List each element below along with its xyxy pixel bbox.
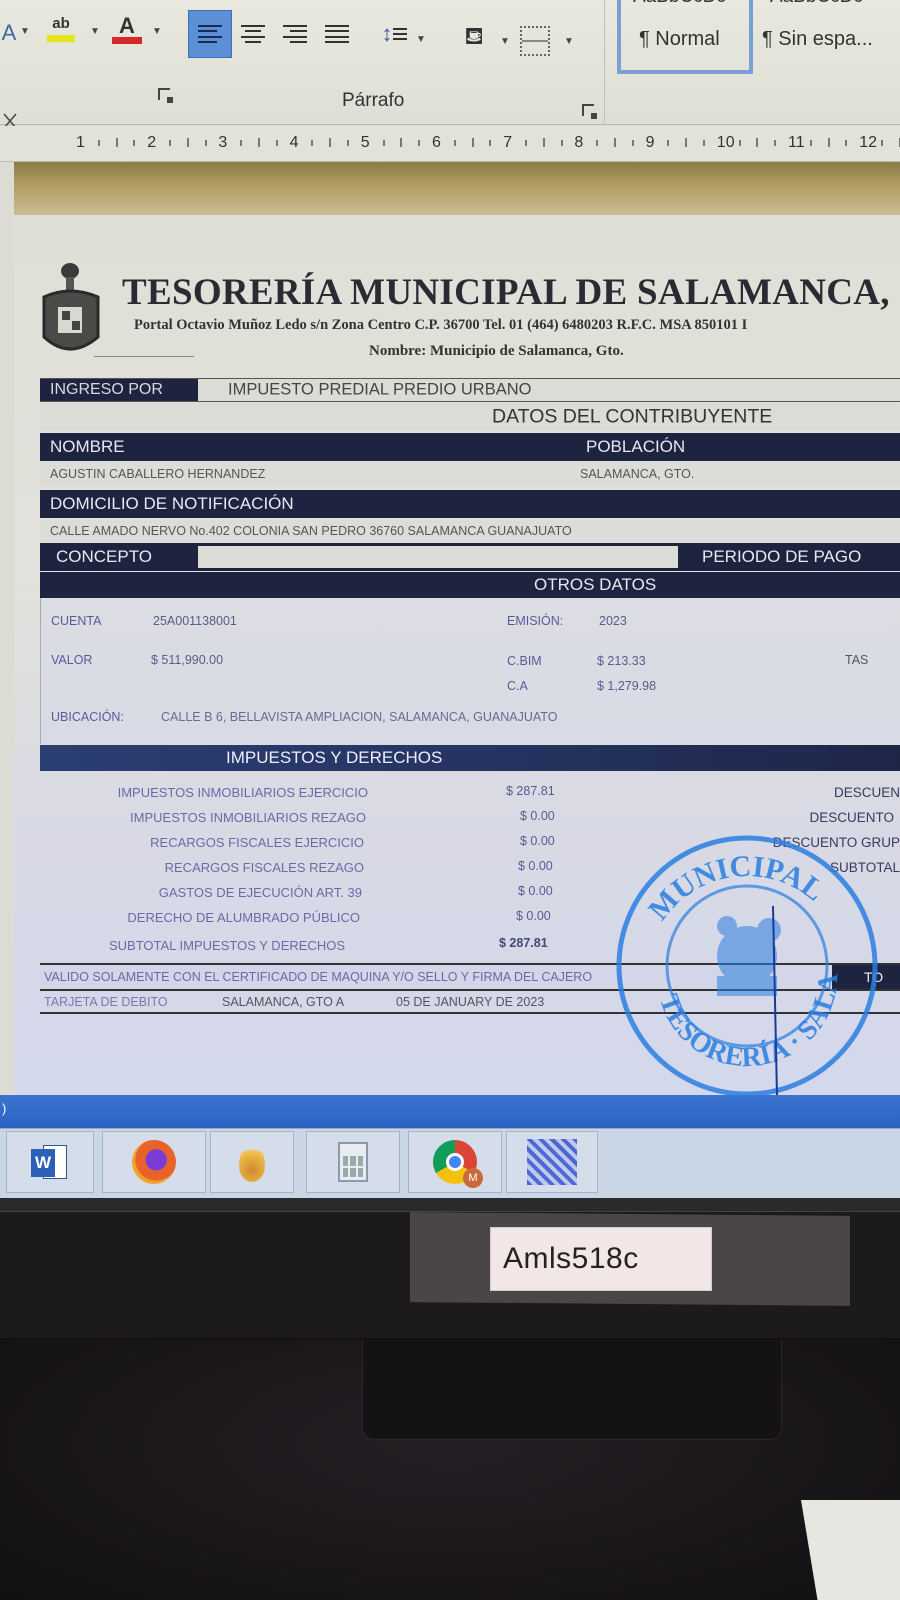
ruler-number: 2 [147, 134, 156, 152]
concepto-label: CONCEPTO [56, 547, 152, 567]
align-left-icon [198, 25, 222, 43]
footer-row: TARJETA DE DEBITO SALAMANCA, GTO A 05 DE… [40, 992, 900, 1014]
periodo-pago-label: PERIODO DE PAGO [702, 547, 861, 567]
ruler-tick [596, 140, 598, 146]
word-icon: W [31, 1143, 69, 1181]
ca-label: C.A [507, 679, 528, 693]
total-label: TO [864, 969, 883, 985]
font-color-button[interactable]: A [110, 10, 144, 48]
style-sample: AaBbCcDc [760, 0, 900, 8]
highlight-color-swatch [47, 35, 75, 42]
ruler-tick [133, 140, 135, 146]
style-label: ¶ Sin espa... [760, 28, 900, 51]
datos-contribuyente-row: DATOS DEL CONTRIBUYENTE [40, 403, 900, 431]
document-page: TESORERÍA MUNICIPAL DE SALAMANCA, GT Por… [14, 215, 900, 1095]
align-right-icon [283, 25, 307, 43]
tax-row-value: $ 0.00 [518, 884, 553, 898]
ruler-tick [667, 140, 669, 146]
taskbar-app[interactable] [210, 1131, 294, 1193]
monitor-screen: A ▼ ab ▼ A ▼ ↕ ▼ ⛾ [0, 0, 900, 1205]
chevron-down-icon[interactable]: ▼ [564, 36, 574, 47]
cbim-value: $ 213.33 [597, 654, 646, 668]
header-rule [94, 356, 194, 357]
asset-label-text: Amls518c [503, 1242, 639, 1276]
nombre-value-row: AGUSTIN CABALLERO HERNANDEZ SALAMANCA, G… [40, 462, 900, 486]
ruler-tick [400, 138, 402, 147]
horizontal-ruler[interactable]: 123456789101112 [0, 126, 900, 162]
tax-row-label: GASTOS DE EJECUCIÓN ART. 39 [159, 885, 362, 900]
descuento-label: DESCUENTO [809, 810, 894, 825]
ruler-tick [383, 140, 385, 146]
ruler-tick [311, 140, 313, 146]
impuestos-header: IMPUESTOS Y DERECHOS [40, 745, 900, 771]
ruler-tick [685, 138, 687, 147]
ca-value: $ 1,279.98 [597, 679, 656, 693]
subtotal-label: SUBTOTAL IMPUESTOS Y DERECHOS [109, 938, 345, 953]
issue-place: SALAMANCA, GTO A [222, 995, 344, 1009]
paint-bucket-icon: ⛾ [464, 23, 484, 53]
ruler-tick [98, 140, 100, 146]
tax-row-label: RECARGOS FISCALES EJERCICIO [150, 835, 364, 850]
ruler-tick [418, 140, 420, 146]
cuenta-value: 25A001138001 [153, 614, 237, 628]
address-line: Portal Octavio Muñoz Ledo s/n Zona Centr… [134, 317, 747, 334]
ruler-number: 4 [290, 134, 299, 152]
valor-label: VALOR [51, 653, 92, 667]
ruler-tick [810, 140, 812, 146]
ubicacion-value: CALLE B 6, BELLAVISTA AMPLIACION, SALAMA… [161, 710, 557, 724]
firefox-icon [132, 1140, 176, 1184]
tax-row-value: $ 0.00 [520, 834, 555, 848]
ruler-number: 11 [788, 134, 805, 152]
page-edge [14, 162, 900, 220]
ruler-tick [881, 140, 883, 146]
ruler-tick [632, 140, 634, 146]
municipal-crest-icon [36, 257, 106, 367]
ruler-tick [258, 138, 260, 147]
ruler-tick [454, 140, 456, 146]
validez-row: VALIDO SOLAMENTE CON EL CERTIFICADO DE M… [40, 963, 900, 991]
tasa-label: TAS [845, 653, 868, 667]
subtotal-value: $ 287.81 [499, 936, 548, 950]
ruler-tick [205, 140, 207, 146]
taskbar-firefox[interactable] [102, 1131, 206, 1193]
chevron-down-icon[interactable]: ▼ [416, 34, 426, 45]
taskbar-calculator[interactable] [306, 1131, 400, 1193]
concepto-row: CONCEPTO PERIODO DE PAGO [40, 543, 900, 571]
style-sin-espaciado[interactable]: AaBbCcDc ¶ Sin espa... [760, 0, 900, 74]
font-color-icon: A [119, 15, 135, 37]
domicilio-header-row: DOMICILIO DE NOTIFICACIÓN [40, 490, 900, 518]
ruler-number: 1 [76, 134, 85, 152]
asset-label: Amls518c [490, 1227, 712, 1291]
borders-icon [522, 40, 548, 42]
style-label: ¶ Normal [621, 28, 749, 51]
ingreso-label: INGRESO POR [50, 381, 163, 399]
align-center-icon [241, 25, 265, 43]
document-title: TESORERÍA MUNICIPAL DE SALAMANCA, GT [122, 271, 900, 314]
tax-row-label: IMPUESTOS INMOBILIARIOS REZAGO [130, 810, 366, 825]
chevron-down-icon[interactable]: ▼ [500, 36, 510, 47]
borders-button[interactable] [520, 26, 550, 56]
ruler-number: 8 [574, 134, 583, 152]
word-status-bar: ) [0, 1095, 900, 1129]
chevron-down-icon[interactable]: ▼ [152, 26, 162, 37]
emision-label: EMISIÓN: [507, 614, 563, 628]
total-cell: TO [832, 965, 900, 989]
paragraph-dialog-launcher-icon[interactable] [582, 104, 594, 116]
monitor-bezel-edge [0, 1198, 900, 1212]
font-color-swatch [112, 37, 142, 44]
style-sample: AaBbCcDc [621, 0, 749, 8]
domicilio-value: CALLE AMADO NERVO No.402 COLONIA SAN PED… [50, 524, 572, 538]
ruler-tick [329, 138, 331, 147]
ingreso-row: INGRESO POR IMPUESTO PREDIAL PREDIO URBA… [40, 378, 900, 402]
chrome-icon: M [433, 1140, 477, 1184]
ribbon: A ▼ ab ▼ A ▼ ↕ ▼ ⛾ [0, 0, 900, 125]
align-center-button[interactable] [236, 10, 270, 58]
validez-text: VALIDO SOLAMENTE CON EL CERTIFICADO DE M… [44, 970, 592, 984]
taskbar-image[interactable] [506, 1131, 598, 1193]
line-spacing-button[interactable]: ↕ [376, 10, 412, 58]
profile-badge: M [463, 1168, 483, 1188]
ruler-number: 7 [503, 134, 512, 152]
payment-method: TARJETA DE DEBITO [44, 995, 168, 1009]
ruler-number: 9 [646, 134, 655, 152]
align-right-button[interactable] [278, 10, 312, 58]
image-thumbnail-icon [527, 1139, 577, 1185]
ruler-number: 6 [432, 134, 441, 152]
ruler-tick [187, 138, 189, 147]
calculator-icon [338, 1142, 368, 1182]
paragraph-group-label: Párrafo [342, 90, 404, 112]
ruler-number: 12 [859, 134, 877, 152]
tax-row-label: RECARGOS FISCALES REZAGO [165, 860, 364, 875]
otros-datos-panel: CUENTA 25A001138001 EMISIÓN: 2023 VALOR … [40, 598, 900, 744]
ubicacion-label: UBICACIÓN: [51, 710, 124, 724]
taskbar-chrome[interactable]: M [408, 1131, 502, 1193]
font-dialog-launcher-icon[interactable] [158, 88, 170, 100]
issue-date: 05 DE JANUARY DE 2023 [396, 995, 544, 1009]
ruler-tick [347, 140, 349, 146]
align-left-button[interactable] [188, 10, 232, 58]
ruler-tick [240, 140, 242, 146]
ruler-tick [489, 140, 491, 146]
descuento-grupo-label: DESCUENTO GRUP [773, 835, 900, 850]
ruler-tick [276, 140, 278, 146]
ruler-tick [169, 140, 171, 146]
line-spacing-icon: ↕ [382, 21, 393, 47]
tax-row-label: DERECHO DE ALUMBRADO PÚBLICO [127, 910, 360, 925]
tax-row-value: $ 0.00 [516, 909, 551, 923]
cuenta-label: CUENTA [51, 614, 101, 628]
ingreso-label-cell: INGRESO POR [40, 379, 198, 401]
ruler-tick [525, 140, 527, 146]
ruler-number: 3 [218, 134, 227, 152]
ruler-tick [756, 138, 758, 147]
chevron-down-icon[interactable]: ▼ [90, 26, 100, 37]
cbim-label: C.BIM [507, 654, 542, 668]
descuento-label: DESCUEN [834, 785, 900, 800]
ruler-tick [472, 138, 474, 147]
ruler-number: 10 [717, 134, 735, 152]
section-title: DATOS DEL CONTRIBUYENTE [492, 406, 772, 429]
shading-button[interactable]: ⛾ [456, 18, 492, 58]
tax-row-label: IMPUESTOS INMOBILIARIOS EJERCICIO [118, 785, 368, 800]
taskbar-word[interactable]: W [6, 1131, 94, 1193]
concepto-value-field [198, 546, 678, 568]
domicilio-value-row: CALLE AMADO NERVO No.402 COLONIA SAN PED… [40, 520, 900, 542]
nombre-header-row: NOMBRE POBLACIÓN [40, 433, 900, 461]
ingreso-value: IMPUESTO PREDIAL PREDIO URBANO [228, 381, 531, 400]
impuestos-title: IMPUESTOS Y DERECHOS [226, 748, 442, 768]
ruler-tick [116, 138, 118, 147]
group-divider [604, 0, 605, 125]
ruler-tick [703, 140, 705, 146]
justify-icon [325, 25, 349, 43]
monitor-stand [362, 1340, 782, 1440]
taskbar: W M [0, 1128, 900, 1198]
ruler-tick [739, 140, 741, 146]
poblacion-value: SALAMANCA, GTO. [580, 467, 694, 481]
flame-icon [239, 1142, 265, 1182]
ruler-tick [845, 140, 847, 146]
ruler-tick [614, 138, 616, 147]
otros-datos-title: OTROS DATOS [534, 575, 656, 595]
valor-value: $ 511,990.00 [151, 653, 223, 667]
text-effects-button[interactable]: A [0, 18, 18, 48]
ruler-tick [561, 140, 563, 146]
tax-row-value: $ 0.00 [520, 809, 555, 823]
nombre-label: NOMBRE [50, 437, 125, 457]
nombre-value: AGUSTIN CABALLERO HERNANDEZ [50, 467, 265, 481]
ruler-tick [543, 138, 545, 147]
otros-datos-header: OTROS DATOS [40, 572, 900, 598]
tax-row-value: $ 287.81 [506, 784, 555, 798]
highlighter-icon: ab [52, 16, 70, 32]
emision-value: 2023 [599, 614, 627, 628]
name-line: Nombre: Municipio de Salamanca, Gto. [369, 343, 624, 360]
domicilio-label: DOMICILIO DE NOTIFICACIÓN [50, 494, 294, 514]
subtotal-right-label: SUBTOTAL [830, 860, 900, 875]
chevron-down-icon[interactable]: ▼ [20, 26, 30, 37]
ruler-number: 5 [361, 134, 370, 152]
ruler-tick [828, 138, 830, 147]
status-text: ) [2, 1101, 6, 1116]
style-normal[interactable]: AaBbCcDc ¶ Normal [617, 0, 753, 74]
poblacion-label: POBLACIÓN [586, 437, 685, 457]
tax-row-value: $ 0.00 [518, 859, 553, 873]
justify-button[interactable] [320, 10, 354, 58]
highlight-button[interactable]: ab [44, 10, 78, 48]
ruler-tick [774, 140, 776, 146]
